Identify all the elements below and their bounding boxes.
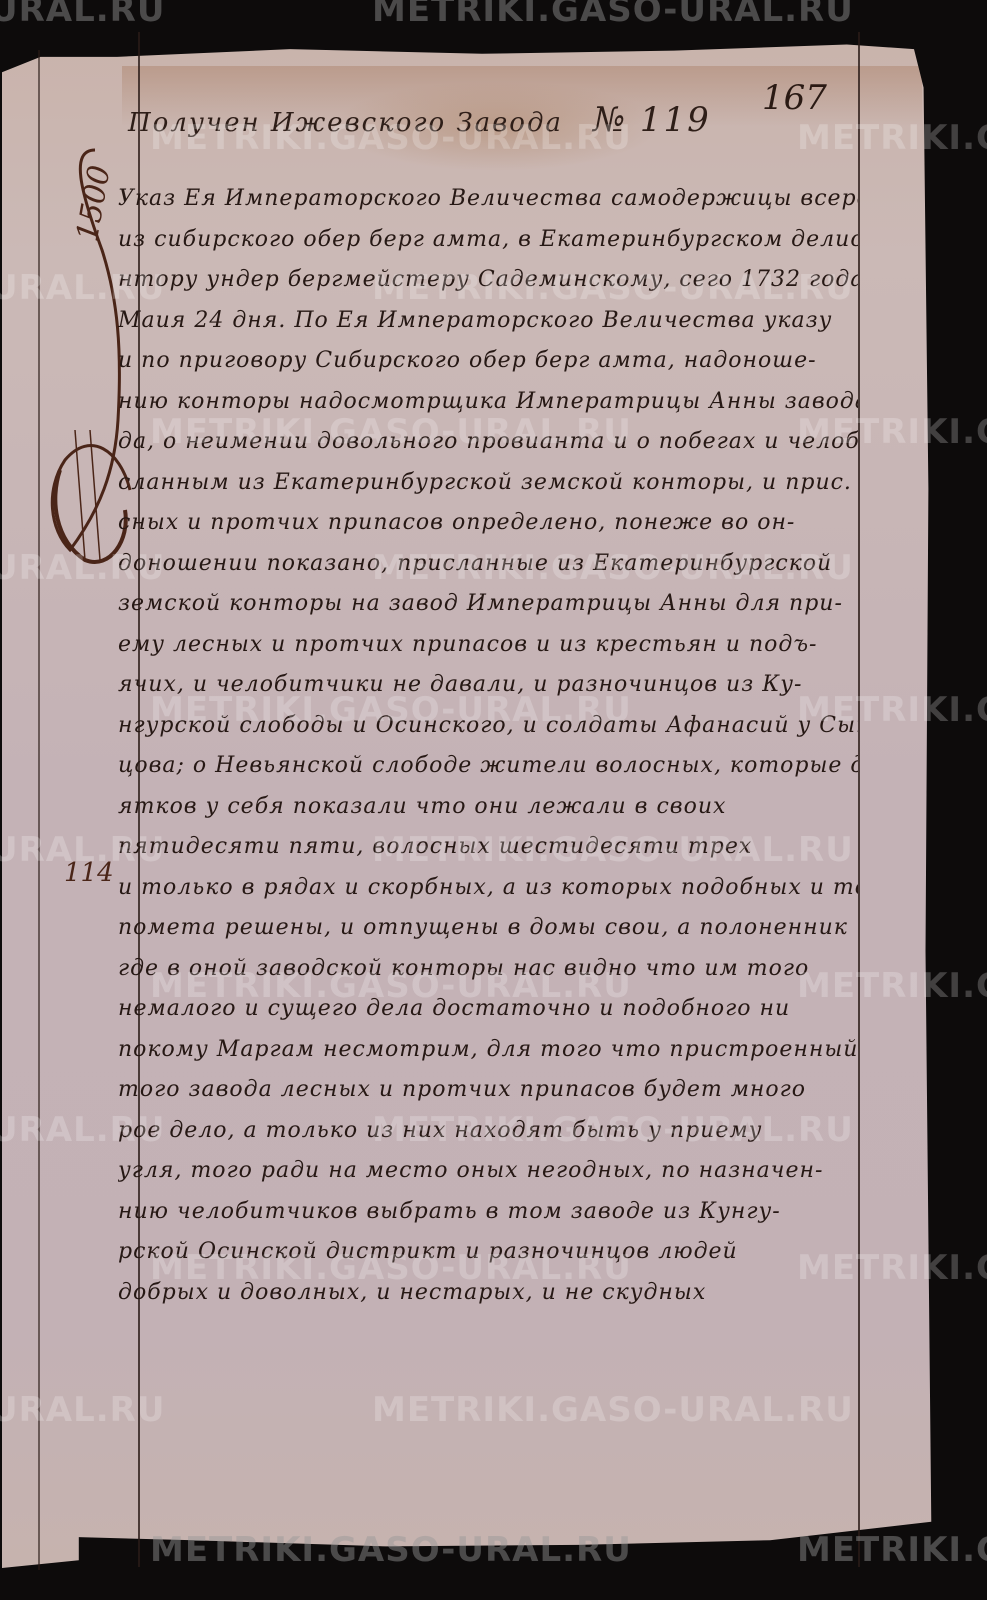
watermark: URAL.RU bbox=[0, 268, 165, 308]
watermark: METRIKI.G bbox=[797, 690, 987, 730]
watermark: URAL.RU bbox=[0, 0, 165, 30]
text-line: земской конторы на завод Императрицы Анн… bbox=[118, 591, 858, 632]
text-line: цова; о Невьянской слободе жители волосн… bbox=[118, 753, 858, 794]
watermark: METRIKI.GASO-URAL.RU bbox=[372, 268, 854, 308]
watermark: METRIKI.G bbox=[797, 966, 987, 1006]
text-line: и по приговору Сибирского обер берг амта… bbox=[118, 348, 858, 389]
text-line: сланным из Екатеринбургской земской конт… bbox=[118, 470, 858, 511]
watermark: METRIKI.GASO-URAL.RU bbox=[372, 548, 854, 588]
watermark: METRIKI.GASO-URAL.RU bbox=[150, 966, 632, 1006]
text-line: помета решены, и отпущены в домы свои, а… bbox=[118, 915, 858, 956]
watermark: METRIKI.GASO-URAL.RU bbox=[372, 1390, 854, 1430]
watermark: METRIKI.GASO-URAL.RU bbox=[150, 412, 632, 452]
text-line: ятков у себя показали что они лежали в с… bbox=[118, 794, 858, 835]
text-line: и только в рядах и скорбных, а из которы… bbox=[118, 875, 858, 916]
watermark: METRIKI.GASO-URAL.RU bbox=[372, 0, 854, 30]
text-line: ему лесных и протчих припасов и из крест… bbox=[118, 632, 858, 673]
text-line: нию челобитчиков выбрать в том заводе из… bbox=[118, 1199, 858, 1240]
watermark: URAL.RU bbox=[0, 830, 165, 870]
text-line: Маия 24 дня. По Ея Императорского Величе… bbox=[118, 308, 858, 349]
text-line: покому Маргам несмотрим, для того что пр… bbox=[118, 1037, 858, 1078]
folio-number: 167 bbox=[762, 78, 827, 118]
watermark: METRIKI.GASO-URAL.RU bbox=[372, 830, 854, 870]
watermark: METRIKI.GASO-URAL.RU bbox=[150, 1530, 632, 1570]
watermark: METRIKI.GASO-URAL.RU bbox=[150, 690, 632, 730]
right-margin-rule bbox=[858, 32, 860, 1567]
watermark: METRIKI.G bbox=[797, 412, 987, 452]
watermark: METRIKI.G bbox=[797, 118, 987, 158]
watermark: METRIKI.GASO-URAL.RU bbox=[150, 118, 632, 158]
watermark: URAL.RU bbox=[0, 548, 165, 588]
watermark: METRIKI.G bbox=[797, 1248, 987, 1288]
watermark: URAL.RU bbox=[0, 1110, 165, 1150]
text-line: Указ Ея Императорского Величества самоде… bbox=[118, 186, 858, 227]
text-line: угля, того ради на место оных негодных, … bbox=[118, 1158, 858, 1199]
watermark: METRIKI.GASO-URAL.RU bbox=[150, 1248, 632, 1288]
watermark: URAL.RU bbox=[0, 1390, 165, 1430]
text-line: сных и протчих припасов определено, поне… bbox=[118, 510, 858, 551]
watermark: METRIKI.GASO-URAL.RU bbox=[372, 1110, 854, 1150]
text-line: из сибирского обер берг амта, в Екатерин… bbox=[118, 227, 858, 268]
watermark: METRIKI.G bbox=[797, 1530, 987, 1570]
